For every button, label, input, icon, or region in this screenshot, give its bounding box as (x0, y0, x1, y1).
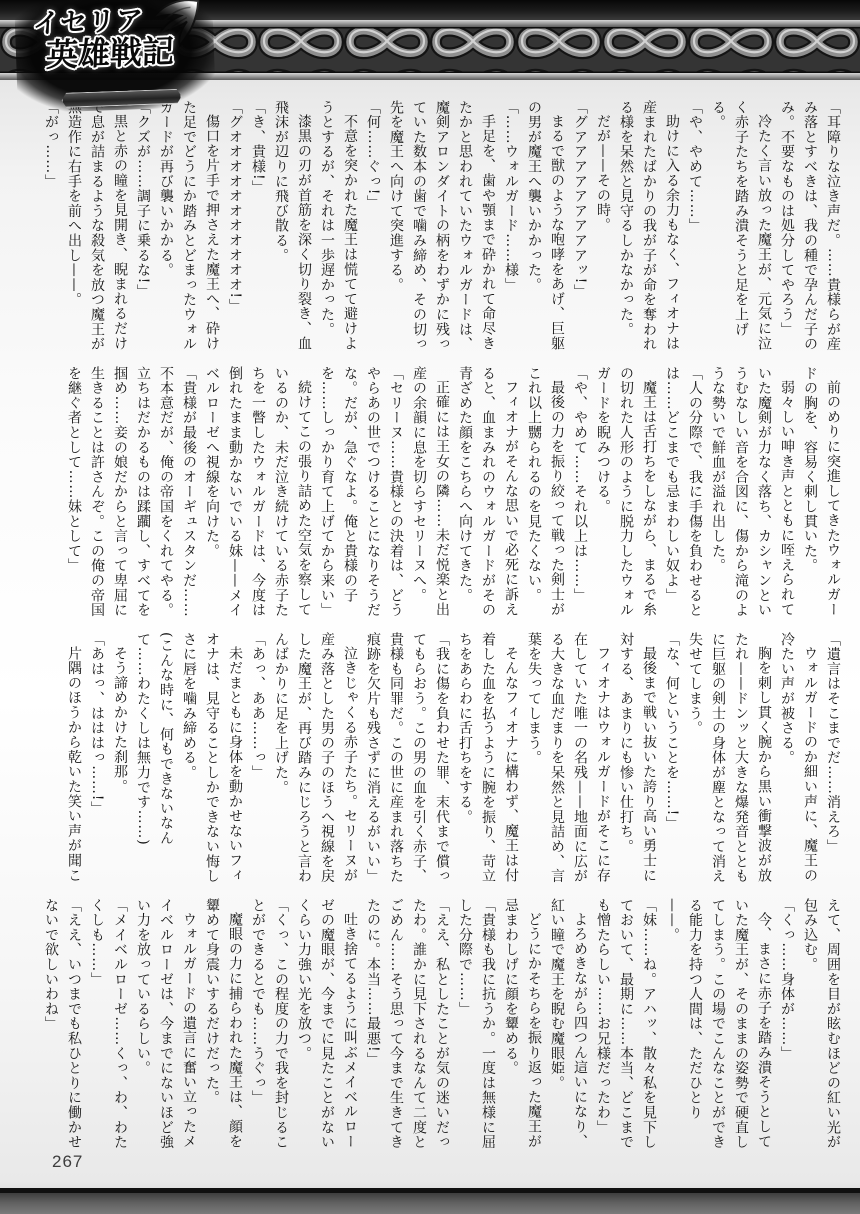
paragraph: 続けてこの張り詰めた空気を察しているのか、未だ泣き続けている赤子たちを一瞥したウ… (200, 366, 315, 618)
paragraph: 「貴様も我に抗うか。一度は無様に屈した分際で……」 (453, 898, 499, 1150)
paragraph: 「妹……ね。アハッ、散々私を見下しておいて、最期に……本当、どこまでも憎たらしい… (591, 898, 660, 1150)
paragraph: 「くっ、この程度の力で我を封じることができるとでも……うぐっ」 (246, 898, 292, 1150)
text-block-3: 「遺言はそこまでだ……消えろ」ウォルガードのか細い声に、魔王の冷たい声が被さる。… (58, 632, 844, 884)
paragraph: 最後の力を振り絞って戦った剣士がこれ以上嬲られるのを見たくない。 (522, 366, 568, 618)
paragraph: 「くっ……身体が……」 (775, 898, 798, 1150)
text-block-1: 「耳障りな泣き声だ。……貴様らが産み落とすべきは、我の種で孕んだ子のみ。不要なも… (58, 100, 844, 352)
paragraph: 「……ウォルガード……様」 (499, 100, 522, 352)
paragraph: 傷口を片手で押さえた魔王へ、砕けた足でどうにか踏みとどまったウォルガードが再び襲… (154, 100, 223, 352)
paragraph: 「や、やめて……」 (683, 100, 706, 352)
paragraph: (こんな時に、何もできないなんて……わたくしは無力です……) (131, 632, 177, 884)
paragraph: 「ええ、いつまでも私ひとりに働かせないで欲しいわね」 (39, 898, 85, 1150)
paragraph: 「我に傷を負わせた罪、末代まで償ってもらおう。この男の血を引く赤子、貴様も同罪だ… (361, 632, 453, 884)
paragraph: 助けに入る余力もなく、フィオナは産まれたばかりの我が子が命を奪われる様を呆然と見… (614, 100, 683, 352)
series-logo: イセリア 英雄戦記 (24, 0, 205, 107)
paragraph: 未だまともに身体を動かせないフィオナは、見守ることしかできない悔しさに唇を噛み締… (177, 632, 246, 884)
paragraph: 「貴様が最後のオーギュスタンだ……不本意だが、俺の帝国をくれてやる。立ちはだかる… (62, 366, 200, 618)
paragraph: 弱々しい呻き声とともに咥えられていた魔剣が力なく落ち、カシャンというむなしい音を… (706, 366, 798, 618)
paragraph: 胸を刺し貫く腕から黒い衝撃波が放たれ——ドンッと大きな爆発音とともに巨躯の剣士の… (683, 632, 775, 884)
paragraph: 「人の分際で、我に手傷を負わせるとは……どこまでも忌まわしい奴よ」 (660, 366, 706, 618)
paragraph: どうにかそちらを振り返った魔王が忌まわしげに顔を顰める。 (499, 898, 545, 1150)
paragraph: 漆黒の刃が首筋を深く切り裂き、血飛沫が辺りに飛び散る。 (269, 100, 315, 352)
paragraph: 「グアアアアアアアアアッ!」 (568, 100, 591, 352)
paragraph: 魔眼の力に捕らわれた魔王は、顔を顰めて身震いするだけだった。 (200, 898, 246, 1150)
paragraph: 「グオオオオオオオオオオオ!」 (223, 100, 246, 352)
page-body: 「耳障りな泣き声だ。……貴様らが産み落とすべきは、我の種で孕んだ子のみ。不要なも… (0, 100, 852, 1164)
page-number: 267 (52, 1152, 83, 1172)
paragraph: 前のめりに突進してきたウォルガードの胸を、容易く刺し貫いた。 (798, 366, 844, 618)
paragraph: 泣きじゃくる赤子たち。セリーヌが産み落とした男の子のほうへ視線を戻した魔王が、再… (269, 632, 361, 884)
paragraph: 「あっ、ああ……っ」 (246, 632, 269, 884)
paragraph: 「や、やめて……それ以上は……」 (568, 366, 591, 618)
paragraph: 正確には王女の隣……未だ悦楽と出産の余韻に息を切らすセリーヌへ。 (407, 366, 453, 618)
paragraph: よろめきながら四つん這いになり、紅い瞳で魔王を睨む魔眼姫。 (545, 898, 591, 1150)
paragraph: そんなフィオナに構わず、魔王は付着した血を払うように腕を振り、苛立ちをあらわに舌… (453, 632, 522, 884)
paragraph: 「き、貴様!」 (246, 100, 269, 352)
paragraph: 手足を、歯や顎まで砕かれて命尽きたかと思われていたウォルガードは、魔剣アロンダイ… (384, 100, 499, 352)
paragraph: 吐き捨てるように叫ぶメイベルローゼの魔眼が、今までに見たことがないくらい力強い光… (292, 898, 361, 1150)
text-block-4: えて、周囲を目が眩むほどの紅い光が包み込む。「くっ……身体が……」今、まさに赤子… (58, 898, 844, 1150)
logo-text: イセリア 英雄戦記 (24, 0, 204, 72)
paragraph: ウォルガードの遺言に奮い立ったメイベルローゼは、今までにないほど強い力を放ってい… (131, 898, 200, 1150)
paragraph: 不意を突かれた魔王は慌てて避けようとするが、それは一歩遅かった。 (315, 100, 361, 352)
paragraph: 「メイベルローゼ……くっ、わ、わたくしも……」 (85, 898, 131, 1150)
paragraph: 「あはっ、はははっ……!」 (85, 632, 108, 884)
paragraph: 今、まさに赤子を踏み潰そうとしていた魔王が、そのままの姿勢で硬直してしまう。この… (660, 898, 775, 1150)
paragraph: フィオナがそんな思いで必死に訴えると、血まみれのウォルガードがその青ざめた顔をこ… (453, 366, 522, 618)
paragraph: 魔王は舌打ちをしながら、まるで糸の切れた人形のように脱力したウォルガードを睨みつ… (591, 366, 660, 618)
paragraph: 「がっ……」 (39, 100, 62, 352)
paragraph: 最後まで戦い抜いた誇り高い勇士に対する、あまりにも惨い仕打ち。 (614, 632, 660, 884)
paragraph: フィオナはウォルガードがそこに存在していた唯一の名残——地面に広がる大きな血だま… (522, 632, 614, 884)
paragraph: 黒と赤の瞳を見開き、睨まれるだけで息が詰まるような殺気を放つ魔王が無造作に右手を… (62, 100, 131, 352)
paragraph: 「ええ、私としたことが気の迷いだったわ。誰かに見下されるなんて二度とごめん……そ… (361, 898, 453, 1150)
paragraph: そう諦めかけた刹那。 (108, 632, 131, 884)
paragraph: 「耳障りな泣き声だ。……貴様らが産み落とすべきは、我の種で孕んだ子のみ。不要なも… (775, 100, 844, 352)
paragraph: 「遺言はそこまでだ……消えろ」 (821, 632, 844, 884)
paragraph: まるで獣のような咆哮をあげ、巨躯の男が魔王へ襲いかかった。 (522, 100, 568, 352)
paragraph: 「何……ぐっ!」 (361, 100, 384, 352)
paragraph: 冷たく言い放った魔王が、元気に泣く赤子たちを踏み潰そうと足を上げる。 (706, 100, 775, 352)
logo-line2: 英雄戦記 (25, 32, 204, 72)
paragraph: 片隅のほうから乾いた笑い声が聞こ (62, 632, 85, 884)
paragraph: ウォルガードのか細い声に、魔王の冷たい声が被さる。 (775, 632, 821, 884)
paragraph: えて、周囲を目が眩むほどの紅い光が包み込む。 (798, 898, 844, 1150)
paragraph: 「セリーヌ……貴様との決着は、どうやらあの世でつけることになりそうだな。だが、急… (315, 366, 407, 618)
paragraph: 「な、何ということを……!」 (660, 632, 683, 884)
text-block-2: 前のめりに突進してきたウォルガードの胸を、容易く刺し貫いた。弱々しい呻き声ととも… (58, 366, 844, 618)
paragraph: 「クズが……調子に乗るな!」 (131, 100, 154, 352)
footer-border-band (0, 1188, 860, 1214)
paragraph: だが——その時。 (591, 100, 614, 352)
